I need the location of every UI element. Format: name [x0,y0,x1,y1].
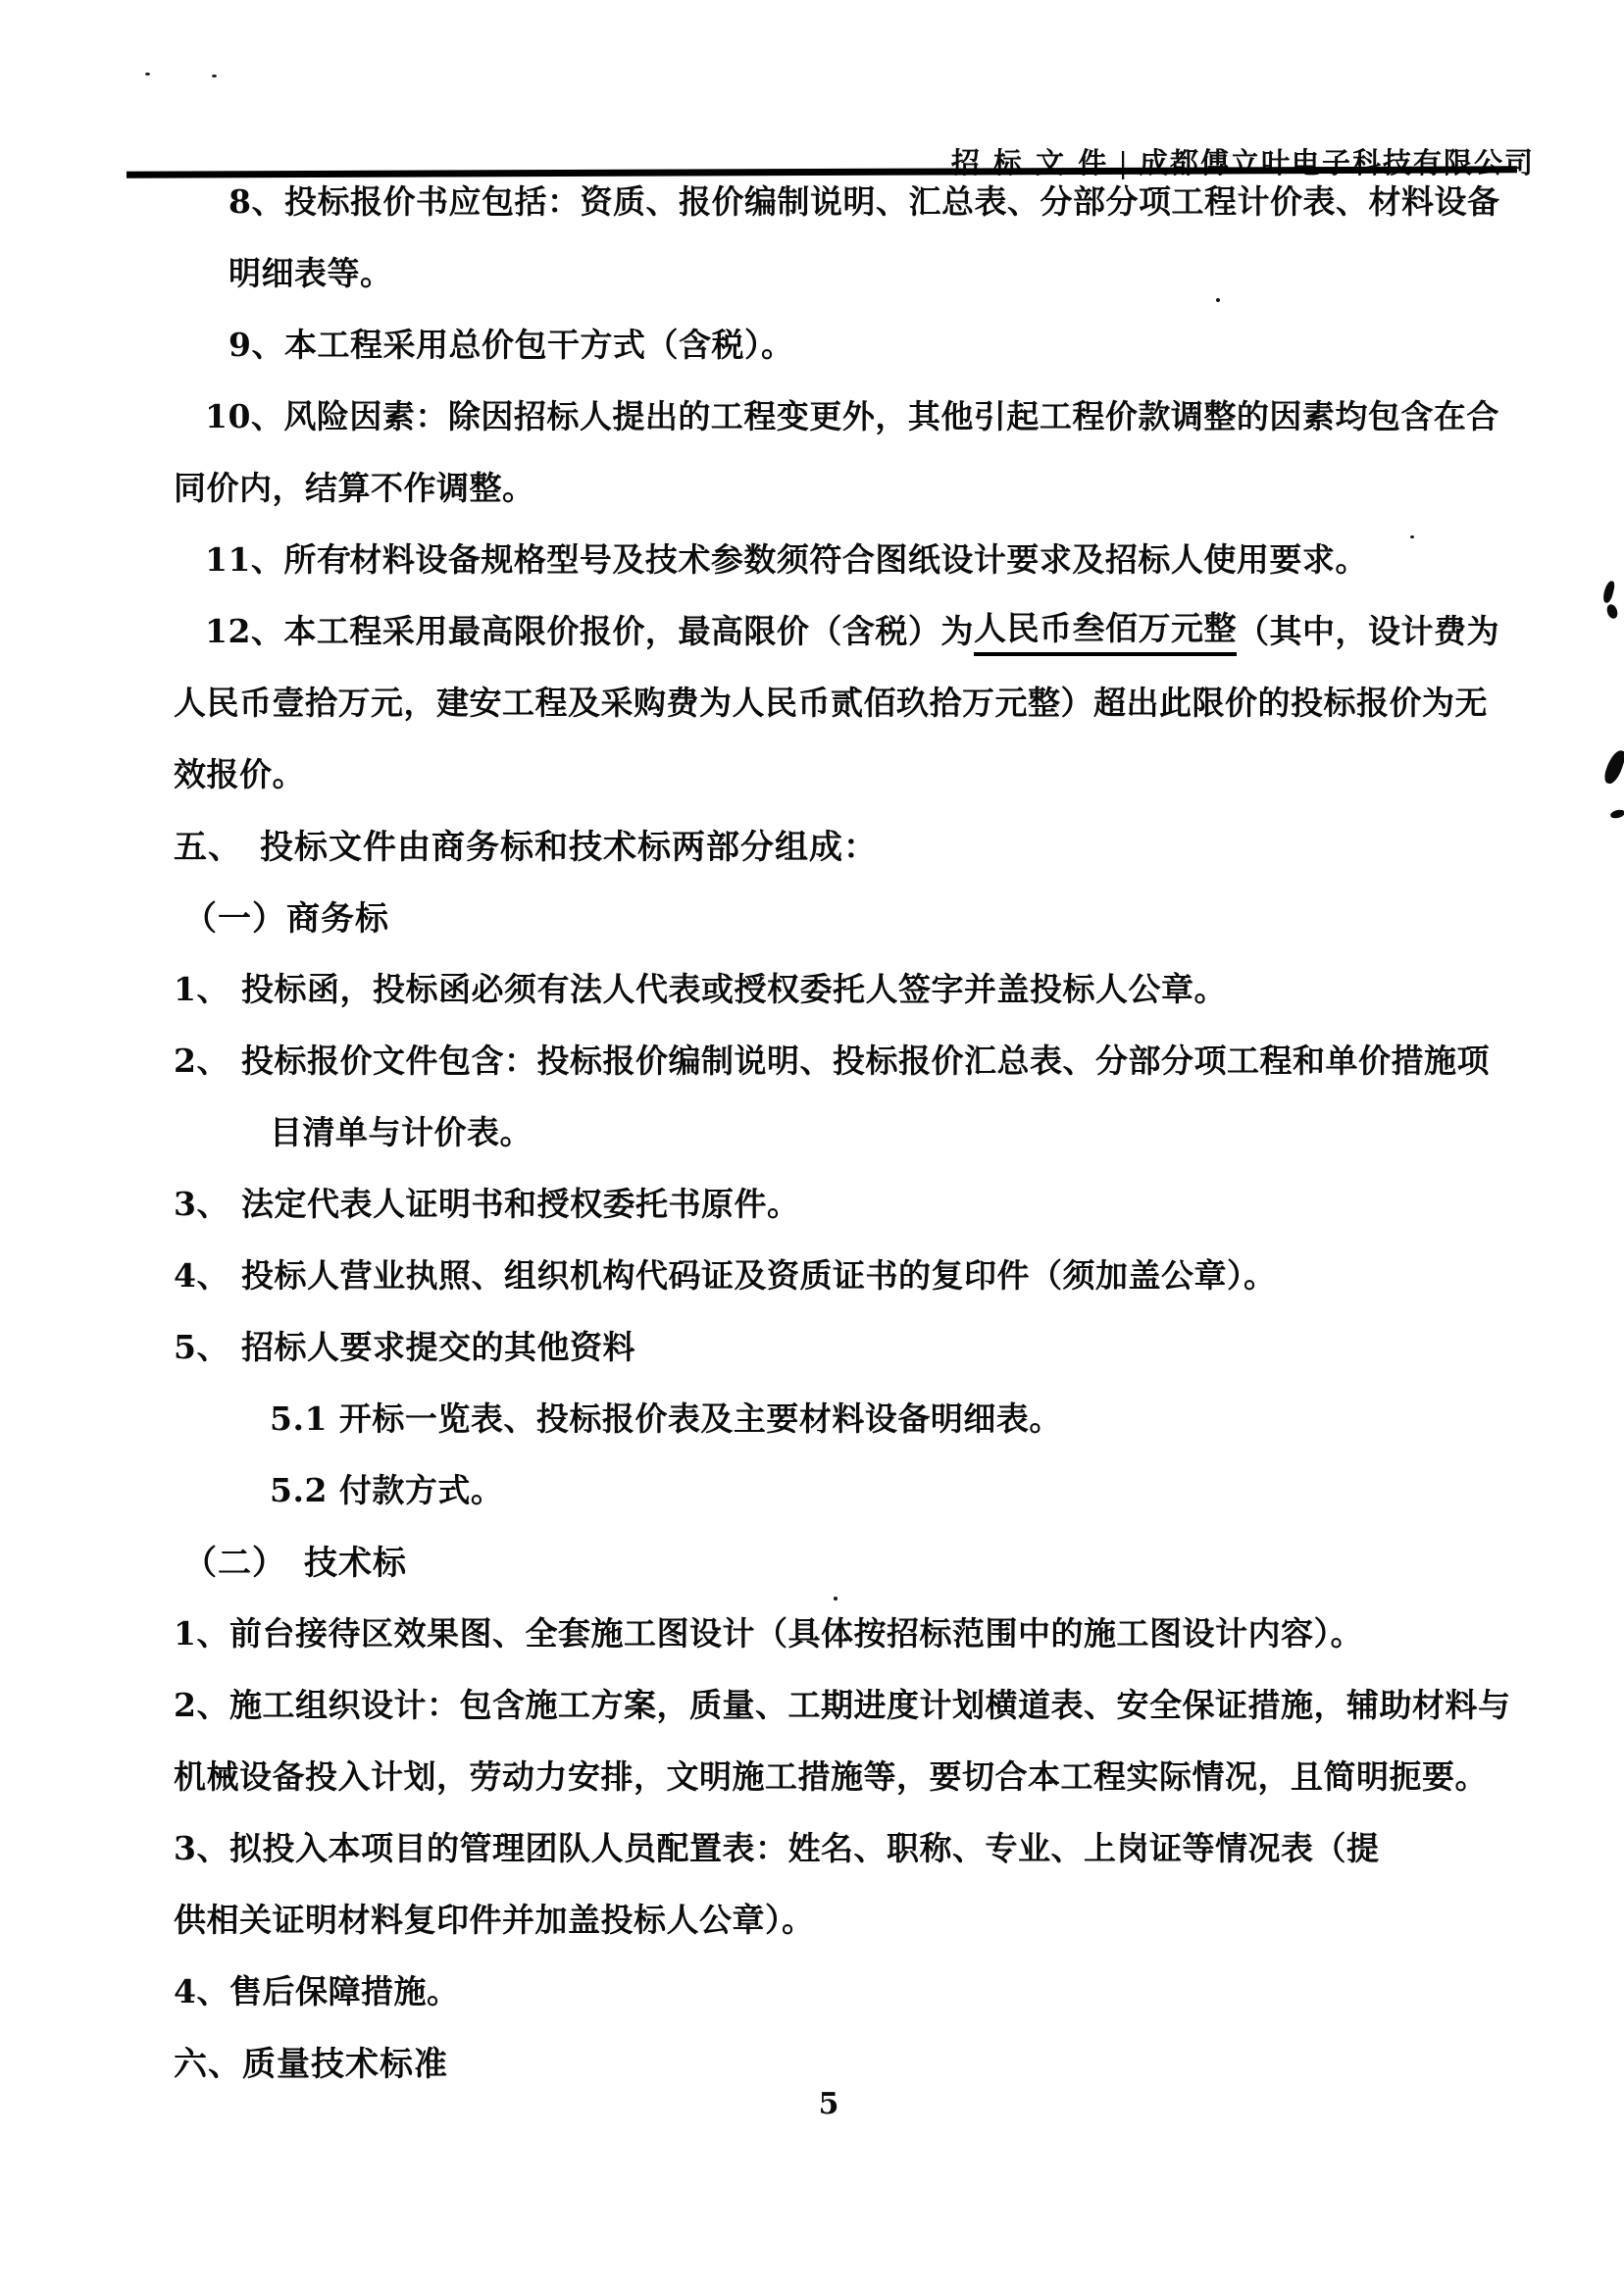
text-line: 人民币壹拾万元，建安工程及采购费为人民币贰佰玖拾万元整）超出此限价的投标报价为无 [0,665,1624,737]
underlined-price-text: 人民币叁佰万元整 [974,603,1237,656]
line-text: （其中，设计费为 [1237,606,1499,652]
text-line: 供相关证明材料复印件并加盖投标人公章）。 [0,1882,1624,1954]
text-line: 3、拟投入本项目的管理团队人员配置表：姓名、职称、专业、上岗证等情况表（提 [0,1810,1624,1882]
line-text: 12、本工程采用最高限价报价，最高限价（含税）为 [205,606,974,652]
ink-speck [145,73,150,76]
line-text: 目清单与计价表。 [270,1107,533,1153]
text-line: 12、本工程采用最高限价报价，最高限价（含税）为人民币叁佰万元整（其中，设计费为 [0,593,1624,665]
line-text: 1、 投标函，投标函必须有法人代表或授权委托人签字并盖投标人公章。 [174,964,1227,1010]
line-text: （一）商务标 [183,891,389,940]
ink-speck [834,1597,837,1601]
ink-speck [345,552,350,556]
line-text: （二） 技术标 [183,1536,407,1584]
ink-speck [1216,298,1220,302]
text-line: 11、所有材料设备规格型号及技术参数须符合图纸设计要求及招标人使用要求。 [0,522,1624,593]
line-text: 8、投标报价书应包括：资质、报价编制说明、汇总表、分部分项工程计价表、材料设备 [228,177,1499,223]
text-line: 1、前台接待区效果图、全套施工图设计（具体按招标范围中的施工图设计内容）。 [0,1596,1624,1667]
text-line: 5.2 付款方式。 [0,1452,1624,1524]
text-line: 9、本工程采用总价包干方式（含税）。 [0,307,1624,379]
text-line: 明细表等。 [0,235,1624,307]
line-text: 明细表等。 [228,248,393,294]
line-text: 10、风险因素：除因招标人提出的工程变更外，其他引起工程价款调整的因素均包含在合 [205,391,1499,437]
text-line: 机械设备投入计划，劳动力安排，文明施工措施等，要切合本工程实际情况，且简明扼要。 [0,1739,1624,1810]
ink-speck [1410,535,1414,538]
text-line: 3、 法定代表人证明书和授权委托书原件。 [0,1166,1624,1238]
line-text: 五、 投标文件由商务标和技术标两部分组成： [174,820,878,868]
line-text: 1、前台接待区效果图、全套施工图设计（具体按招标范围中的施工图设计内容）。 [174,1608,1363,1654]
ink-speck [212,75,217,77]
line-text: 3、拟投入本项目的管理团队人员配置表：姓名、职称、专业、上岗证等情况表（提 [174,1823,1379,1869]
line-text: 2、 投标报价文件包含：投标报价编制说明、投标报价汇总表、分部分项工程和单价措施… [174,1036,1490,1082]
page-number: 5 [33,2087,1624,2121]
line-text: 六、质量技术标准 [174,2037,448,2085]
text-line: 5、 招标人要求提交的其他资料 [0,1309,1624,1381]
text-line: 8、投标报价书应包括：资质、报价编制说明、汇总表、分部分项工程计价表、材料设备 [0,164,1624,235]
line-text: 11、所有材料设备规格型号及技术参数须符合图纸设计要求及招标人使用要求。 [205,534,1368,581]
text-line: 1、 投标函，投标函必须有法人代表或授权委托人签字并盖投标人公章。 [0,951,1624,1023]
text-line: 目清单与计价表。 [0,1094,1624,1166]
text-line: 效报价。 [0,737,1624,808]
text-line: 5.1 开标一览表、投标报价表及主要材料设备明细表。 [0,1381,1624,1452]
line-text: 9、本工程采用总价包干方式（含税）。 [228,320,793,366]
text-line: 4、 投标人营业执照、组织机构代码证及资质证书的复印件（须加盖公章）。 [0,1238,1624,1309]
line-text: 同价内，结算不作调整。 [174,463,535,509]
heading-line: （一）商务标 [0,880,1624,951]
line-text: 4、 投标人营业执照、组织机构代码证及资质证书的复印件（须加盖公章）。 [174,1250,1276,1297]
line-text: 2、施工组织设计：包含施工方案，质量、工期进度计划横道表、安全保证措施，辅助材料… [174,1680,1510,1726]
text-line: 4、售后保障措施。 [0,1954,1624,2025]
line-text: 人民币壹拾万元，建安工程及采购费为人民币贰佰玖拾万元整）超出此限价的投标报价为无 [174,678,1488,724]
text-line: 同价内，结算不作调整。 [0,450,1624,522]
line-text: 供相关证明材料复印件并加盖投标人公章）。 [174,1895,815,1941]
line-text: 5、 招标人要求提交的其他资料 [174,1322,635,1368]
line-text: 4、售后保障措施。 [174,1966,459,2012]
text-line: 2、 投标报价文件包含：投标报价编制说明、投标报价汇总表、分部分项工程和单价措施… [0,1023,1624,1094]
heading-line: （二） 技术标 [0,1524,1624,1596]
scanned-document-page: 招 标 文 件|成都傅立叶电子科技有限公司 8、投标报价书应包括：资质、报价编制… [0,0,1624,2289]
text-line: 2、施工组织设计：包含施工方案，质量、工期进度计划横道表、安全保证措施，辅助材料… [0,1667,1624,1739]
line-text: 机械设备投入计划，劳动力安排，文明施工措施等，要切合本工程实际情况，且简明扼要。 [174,1752,1488,1798]
line-text: 5.2 付款方式。 [270,1465,503,1511]
heading-line: 五、 投标文件由商务标和技术标两部分组成： [0,808,1624,880]
text-line: 10、风险因素：除因招标人提出的工程变更外，其他引起工程价款调整的因素均包含在合 [0,379,1624,450]
document-body: 8、投标报价书应包括：资质、报价编制说明、汇总表、分部分项工程计价表、材料设备明… [0,164,1624,2097]
line-text: 效报价。 [174,749,305,795]
line-text: 5.1 开标一览表、投标报价表及主要材料设备明细表。 [270,1394,1062,1440]
line-text: 3、 法定代表人证明书和授权委托书原件。 [174,1179,799,1225]
